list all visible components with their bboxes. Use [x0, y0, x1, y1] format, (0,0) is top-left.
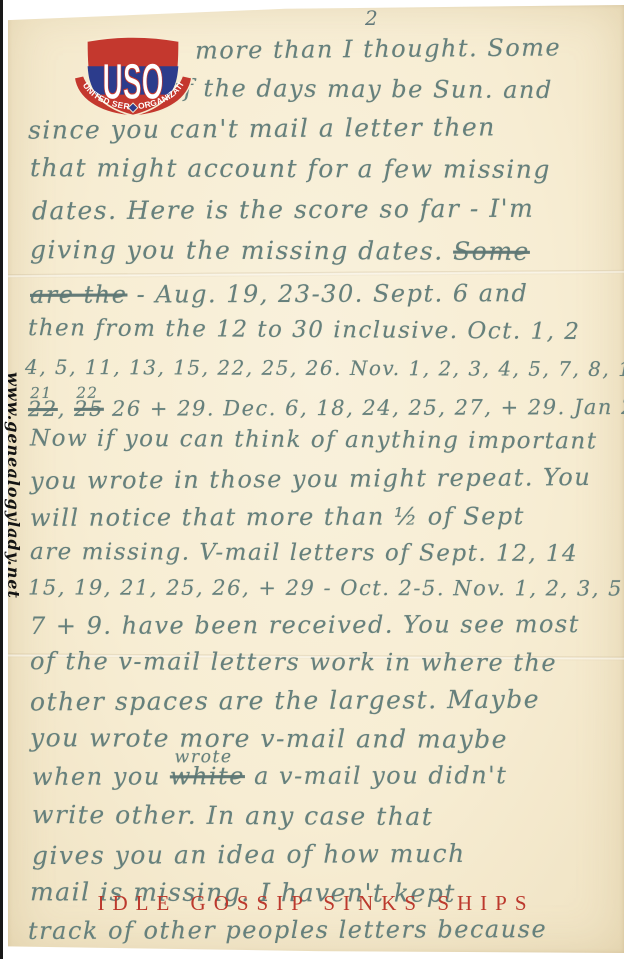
letter-line: 2221, 2522 26 + 29. Dec. 6, 18, 24, 25, …: [28, 395, 627, 421]
letter-text: Now if you can think of anything importa…: [30, 426, 598, 455]
letter-text: of the v-mail letters work in where the: [30, 647, 557, 677]
letter-line: track of other peoples letters because: [28, 915, 547, 945]
letter-line: then from the 12 to 30 inclusive. Oct. 1…: [28, 315, 581, 345]
letter-line: 7 + 9. have been received. You see most: [30, 610, 580, 640]
letter-line: Now if you can think of anything importa…: [30, 426, 598, 455]
letter-text: that might account for a few missing: [30, 153, 551, 184]
letter-text: giving you the missing dates.: [30, 235, 453, 265]
letter-text: write other. In any case that: [32, 800, 433, 831]
letter-line: you wrote more v-mail and maybe: [30, 723, 508, 754]
scan-edge: [0, 0, 3, 959]
scanned-letter-page: { "document": { "page_number": "2", "wat…: [0, 0, 627, 959]
letter-text: 7 + 9. have been received. You see most: [30, 610, 580, 640]
uso-logo: USO UNITED SERVICE ORGANIZATIONS: [70, 29, 196, 135]
letter-text: - Aug. 19, 23-30. Sept. 6 and: [127, 279, 528, 308]
letter-line: 15, 19, 21, 25, 26, + 29 - Oct. 2-5. Nov…: [28, 575, 623, 600]
letter-text: are missing. V-mail letters of Sept. 12,…: [30, 539, 578, 567]
letter-line: you wrote in those you might repeat. You: [30, 463, 591, 495]
letter-line: giving you the missing dates. Some: [30, 235, 530, 266]
letter-line: 4, 5, 11, 13, 15, 22, 25, 26. Nov. 1, 2,…: [25, 355, 627, 381]
correction-text: 21: [30, 384, 52, 402]
letter-line: other spaces are the largest. Maybe: [30, 685, 540, 717]
letter-line: of the v-mail letters work in where the: [30, 647, 557, 677]
letter-text: ,: [58, 397, 74, 421]
letter-text: when you: [32, 762, 170, 790]
letter-text: a v-mail you didn't: [245, 761, 508, 790]
letter-text: track of other peoples letters because: [28, 915, 547, 945]
struck-text: Some: [453, 237, 530, 266]
letter-text: more than I thought. Some: [195, 33, 561, 64]
struck-text: 2221: [28, 397, 58, 421]
letter-line: of the days may be Sun. and: [168, 74, 553, 104]
struck-text: are the: [30, 281, 128, 309]
letter-text: gives you an idea of how much: [32, 839, 466, 870]
letter-line: gives you an idea of how much: [32, 839, 466, 870]
watermark-text: www.genealogylady.net: [4, 372, 23, 599]
letter-lines: more than I thought. Someof the days may…: [8, 5, 624, 953]
letter-text: dates. Here is the score so far - I'm: [32, 194, 534, 226]
letter-line: more than I thought. Some: [195, 33, 561, 64]
letter-line: are the - Aug. 19, 23-30. Sept. 6 and: [30, 279, 528, 309]
letter-line: will notice that more than ½ of Sept: [30, 502, 525, 532]
letter-text: 15, 19, 21, 25, 26, + 29 - Oct. 2-5. Nov…: [28, 575, 623, 600]
letter-text: of the days may be Sun. and: [168, 74, 553, 104]
letter-text: you wrote more v-mail and maybe: [30, 723, 508, 754]
letter-text: 4, 5, 11, 13, 15, 22, 25, 26. Nov. 1, 2,…: [25, 355, 627, 381]
correction-text: 22: [76, 384, 98, 402]
slogan-text: IDLE GOSSIP SINKS SHIPS: [8, 891, 624, 916]
letter-text: 26 + 29. Dec. 6, 18, 24, 25, 27, + 29. J…: [104, 395, 627, 421]
letter-text: you wrote in those you might repeat. You: [30, 463, 591, 495]
letter-text: then from the 12 to 30 inclusive. Oct. 1…: [28, 315, 581, 345]
letter-text: will notice that more than ½ of Sept: [30, 502, 525, 532]
letter-line: dates. Here is the score so far - I'm: [32, 194, 534, 226]
struck-text: 2522: [74, 397, 104, 421]
letter-line: when you whitewrote a v-mail you didn't: [32, 761, 508, 791]
correction-text: wrote: [174, 747, 232, 767]
letter-paper: USO UNITED SERVICE ORGANIZATIONS 2 more …: [8, 5, 624, 953]
letter-line: are missing. V-mail letters of Sept. 12,…: [30, 539, 578, 567]
letter-text: other spaces are the largest. Maybe: [30, 685, 540, 717]
letter-line: write other. In any case that: [32, 800, 433, 831]
struck-text: whitewrote: [170, 762, 245, 790]
letter-line: that might account for a few missing: [30, 153, 551, 184]
